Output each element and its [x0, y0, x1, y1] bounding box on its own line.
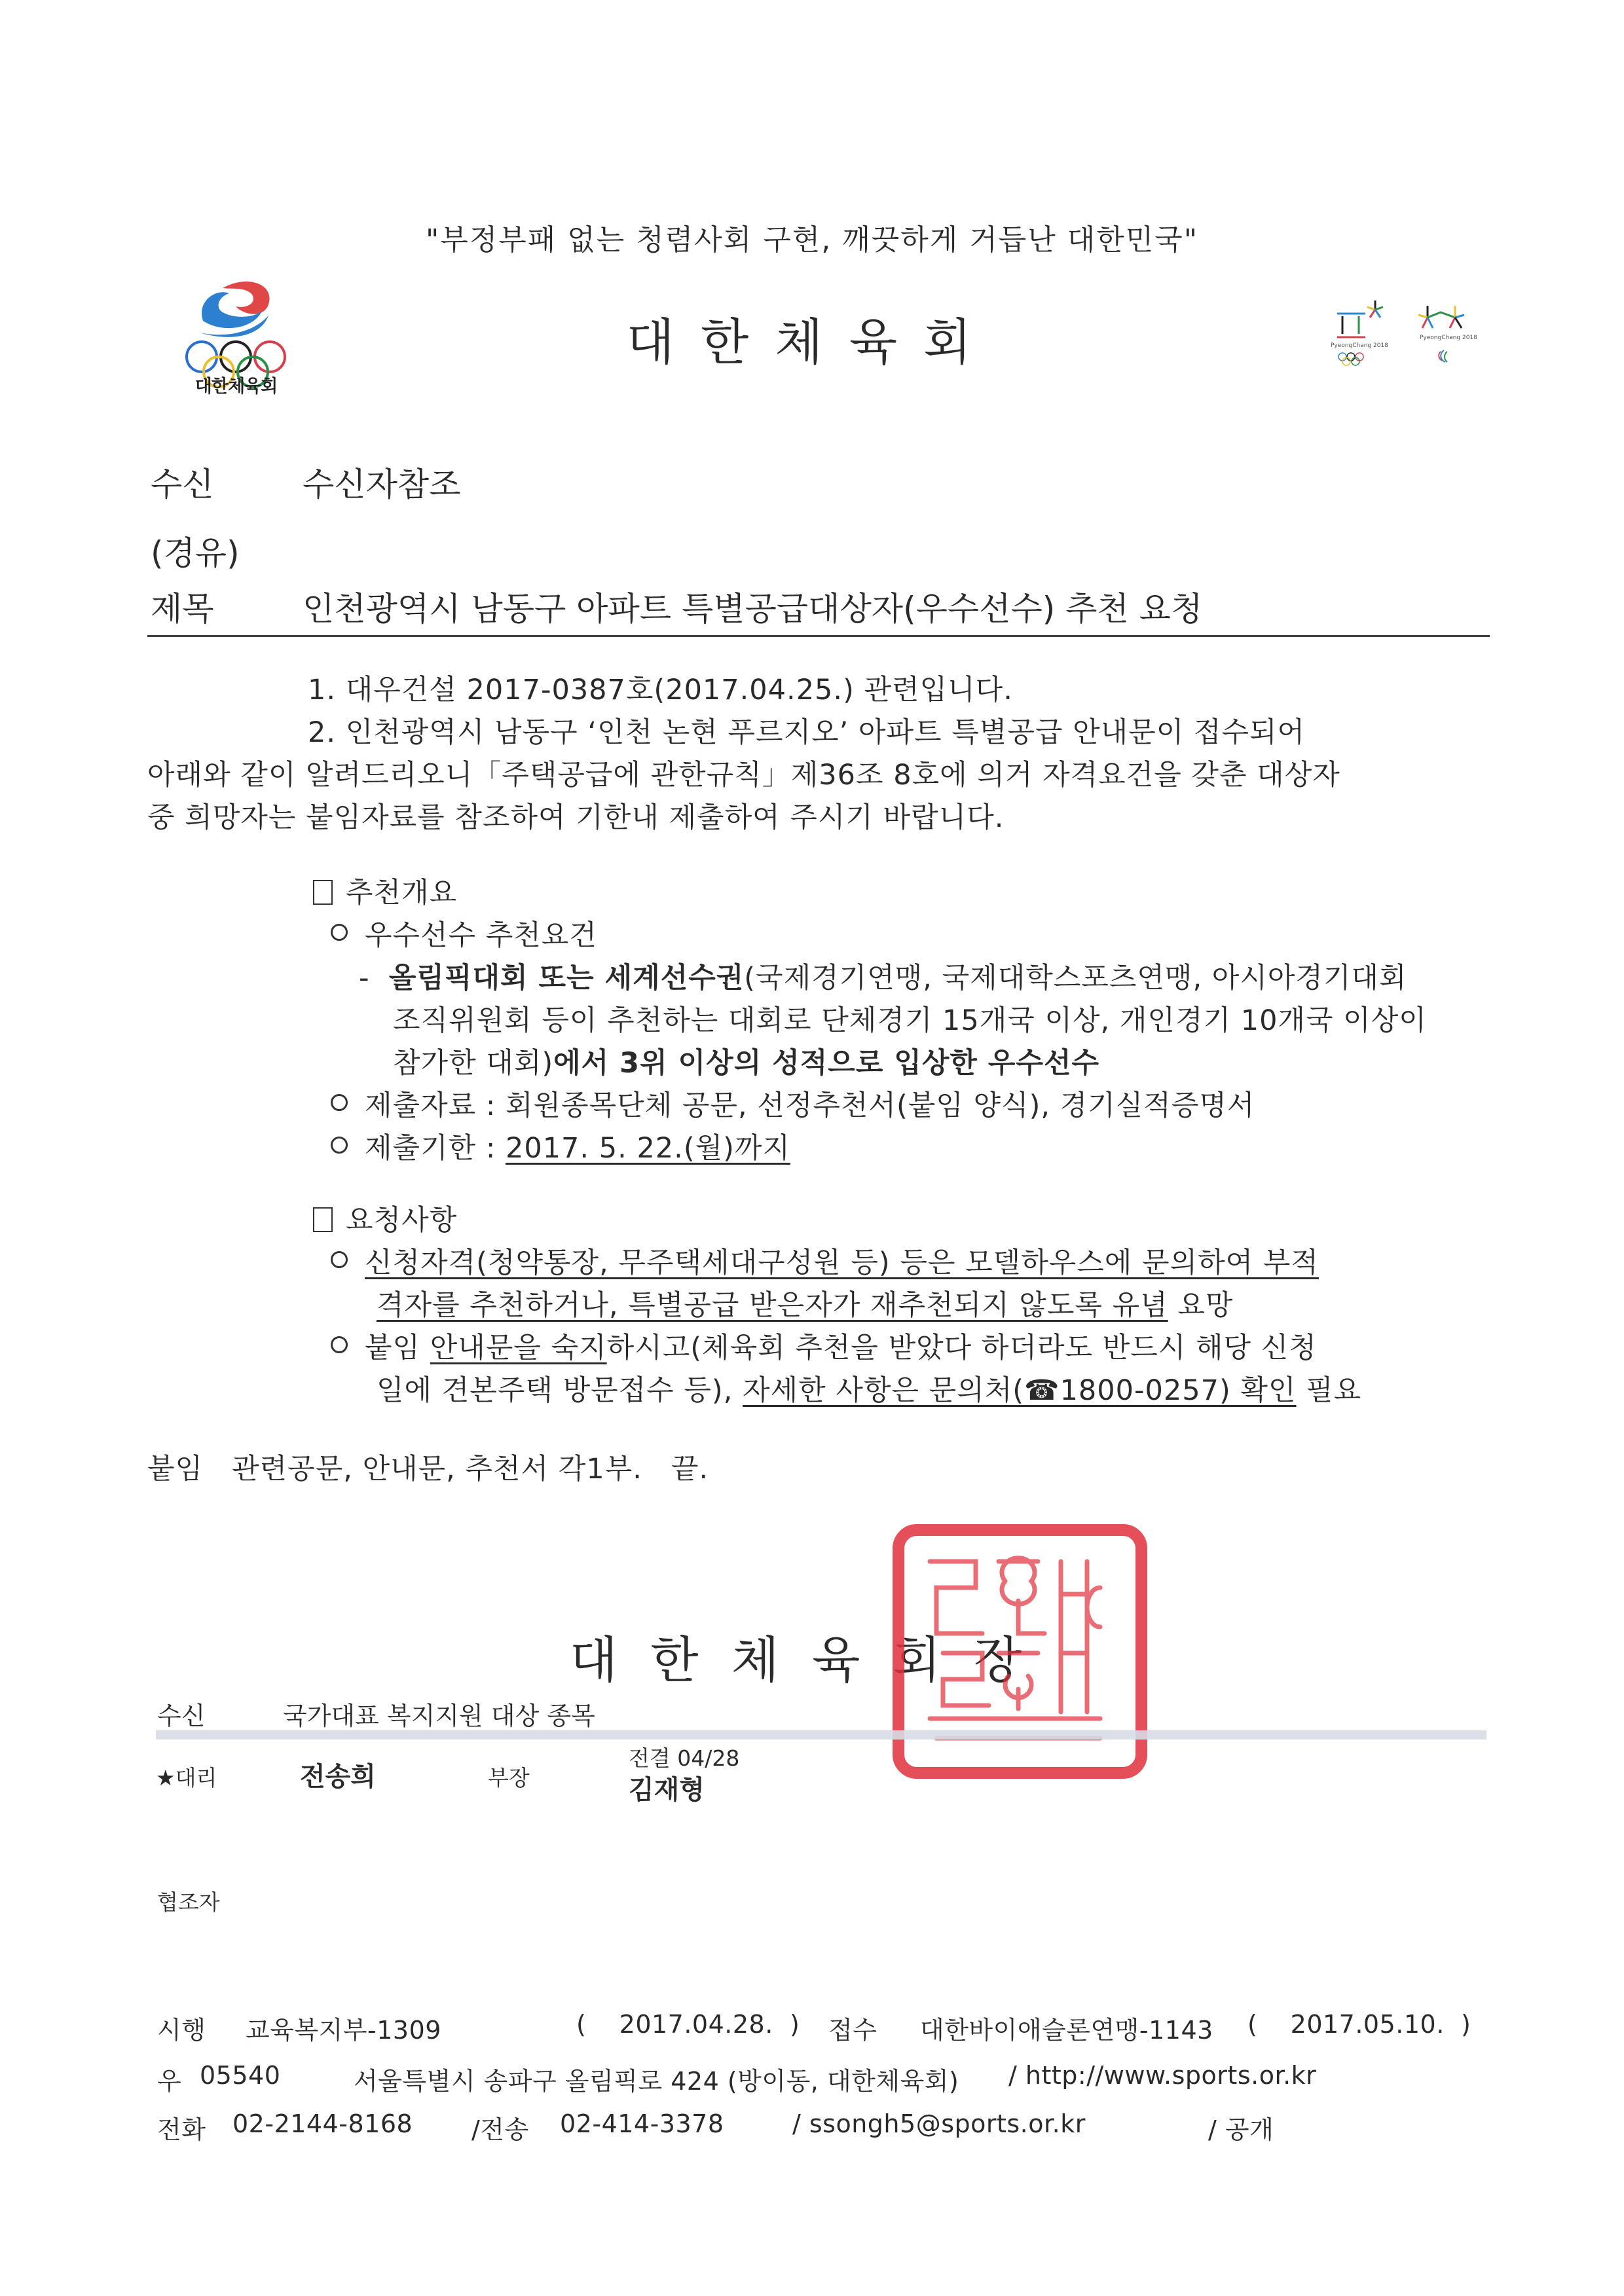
recipient-value: 수신자참조 — [303, 458, 461, 505]
request-1-line-1: 신청자격(청약통장, 무주택세대구성원 등) 등은 모델하우스에 문의하여 부적 — [331, 1241, 1319, 1281]
request-2-line-1: 붙임 안내문을 숙지하시고(체육회 추천을 받았다 하더라도 반드시 해당 신청 — [331, 1326, 1317, 1366]
criteria-line-3-a: 참가한 대회) — [393, 1047, 553, 1080]
approver-note: 전결 04/28 — [629, 1741, 739, 1772]
request-2-line-2-b: 필요 — [1296, 1374, 1361, 1407]
circle-bullet-icon — [331, 1137, 348, 1154]
subject-label: 제목 — [151, 583, 214, 630]
criteria-detail: (국제경기연맹, 국제대학스포츠연맹, 아시아경기대회 — [744, 962, 1407, 994]
circle-bullet-icon — [331, 1336, 348, 1353]
request-1-rest: 요망 — [1168, 1289, 1234, 1322]
email-link[interactable]: / ssongh5@sports.or.kr — [792, 2109, 1086, 2138]
section-recommendation-overview: 추천개요 — [313, 871, 457, 911]
recipient-label: 수신 — [151, 458, 214, 505]
criteria-line-1: - 올림픽대회 또는 세계선수권(국제경기연맹, 국제대학스포츠연맹, 아시아경… — [359, 956, 1407, 996]
request-2-line-2: 일에 견본주택 방문접수 등), 자세한 사항은 문의처(☎1800-0257)… — [377, 1368, 1361, 1408]
receipt-label: 접수 — [828, 2010, 877, 2046]
section-heading: 요청사항 — [346, 1204, 457, 1237]
slogan: "부정부패 없는 청렴사회 구현, 깨끗하게 거듭난 대한민국" — [0, 216, 1624, 258]
contact-phone-underlined: 자세한 사항은 문의처(☎1800-0257) 확인 — [743, 1374, 1296, 1407]
ksoc-logo-text: 대한체육회 — [175, 372, 297, 397]
request-2-b: 하시고(체육회 추천을 받았다 하더라도 반드시 해당 신청 — [607, 1332, 1317, 1364]
circle-bullet-icon — [331, 1094, 348, 1111]
drafter-title: ★대리 — [156, 1761, 217, 1792]
approval-separator — [156, 1730, 1486, 1740]
request-1-text: 신청자격(청약통장, 무주택세대구성원 등) 등은 모델하우스에 문의하여 부적 — [365, 1247, 1319, 1279]
paragraph-1: 1. 대우건설 2017-0387호(2017.04.25.) 관련입니다. — [308, 668, 1013, 708]
request-2-a: 붙임 — [365, 1332, 430, 1364]
phone-label: 전화 — [157, 2109, 206, 2145]
attachment-line: 붙임 관련공문, 안내문, 추천서 각1부. 끝. — [147, 1447, 709, 1487]
item-text: 제출자료 : 회원종목단체 공문, 선정추천서(붙임 양식), 경기실적증명서 — [365, 1089, 1255, 1122]
criteria-line-3: 참가한 대회)에서 3위 이상의 성적으로 입상한 우수선수 — [393, 1041, 1099, 1081]
signatory-title: 대한체육회장 — [0, 1620, 1624, 1692]
item-submission-deadline: 제출기한 : 2017. 5. 22.(월)까지 — [331, 1126, 790, 1166]
box-bullet-icon — [313, 1207, 333, 1232]
item-submission-documents: 제출자료 : 회원종목단체 공문, 선정추천서(붙임 양식), 경기실적증명서 — [331, 1084, 1255, 1123]
distribution-recipient-value: 국가대표 복지지원 대상 종목 — [283, 1696, 595, 1732]
website-link[interactable]: / http://www.sports.or.kr — [1008, 2061, 1316, 2090]
deadline-value: 2017. 5. 22.(월)까지 — [506, 1132, 790, 1165]
section-requests: 요청사항 — [313, 1198, 457, 1238]
criteria-line-2: 조직위원회 등이 추천하는 대회로 단체경기 15개국 이상, 개인경기 10개… — [393, 998, 1427, 1038]
receipt-date: ( 2017.05.10. ) — [1247, 2010, 1471, 2039]
dash-bullet: - — [359, 962, 370, 994]
item-label: 우수선수 추천요건 — [365, 919, 597, 952]
paragraph-2-line-2: 아래와 같이 알려드리오니「주택공급에 관한규칙」제36조 8호에 의거 자격요… — [147, 753, 1340, 793]
criteria-highlight: 올림픽대회 또는 세계선수권 — [389, 962, 744, 994]
paragraph-2-line-3: 중 희망자는 붙임자료를 참조하여 기한내 제출하여 주시기 바랍니다. — [147, 795, 1004, 835]
subject-divider — [147, 635, 1490, 637]
via-label: (경유) — [151, 527, 240, 574]
circle-bullet-icon — [331, 924, 348, 941]
request-1-line-2: 격자를 추천하거나, 특별공급 받은자가 재추천되지 않도록 유념 요망 — [377, 1283, 1233, 1323]
pyeongchang-2018-logos-icon: PyeongChang 2018 PyeongChang 2018 — [1329, 298, 1480, 370]
cooperator-label: 협조자 — [157, 1886, 220, 1916]
postal-label: 우 — [157, 2061, 181, 2097]
subject-value: 인천광역시 남동구 아파트 특별공급대상자(우수선수) 추천 요청 — [303, 583, 1202, 630]
item-athlete-criteria: 우수선수 추천요건 — [331, 913, 597, 953]
svg-text:PyeongChang 2018: PyeongChang 2018 — [1331, 342, 1388, 349]
request-2-underlined: 안내문을 숙지 — [430, 1332, 607, 1364]
receipt-number: 대한바이애슬론연맹-1143 — [920, 2010, 1213, 2046]
section-heading: 추천개요 — [346, 877, 457, 909]
box-bullet-icon — [313, 880, 333, 905]
circle-bullet-icon — [331, 1251, 348, 1268]
official-seal-icon — [891, 1522, 1149, 1781]
deadline-label: 제출기한 : — [365, 1132, 506, 1165]
criteria-line-3-b: 에서 3위 이상의 성적으로 입상한 우수선수 — [553, 1047, 1099, 1080]
enforcement-label: 시행 — [157, 2010, 206, 2046]
postal-code: 05540 — [200, 2061, 280, 2090]
distribution-recipient-label: 수신 — [157, 1696, 205, 1732]
approver-name: 김재형 — [629, 1769, 705, 1806]
address: 서울특별시 송파구 올림픽로 424 (방이동, 대한체육회) — [354, 2061, 959, 2097]
fax-number: 02-414-3378 — [560, 2109, 724, 2138]
enforcement-number: 교육복지부-1309 — [246, 2010, 441, 2046]
disclosure-status: / 공개 — [1208, 2109, 1274, 2145]
fax-label: /전송 — [471, 2109, 529, 2145]
phone-number: 02-2144-8168 — [232, 2109, 413, 2138]
paragraph-2-line-1: 2. 인천광역시 남동구 ‘인천 논현 푸르지오’ 아파트 특별공급 안내문이 … — [308, 710, 1305, 750]
request-1-underlined: 격자를 추천하거나, 특별공급 받은자가 재추천되지 않도록 유념 — [377, 1289, 1168, 1322]
enforcement-date: ( 2017.04.28. ) — [576, 2010, 800, 2039]
approver-title: 부장 — [488, 1761, 530, 1792]
svg-text:PyeongChang 2018: PyeongChang 2018 — [1420, 335, 1477, 341]
request-2-line-2-a: 일에 견본주택 방문접수 등), — [377, 1374, 743, 1407]
drafter-name: 전송희 — [300, 1756, 376, 1793]
